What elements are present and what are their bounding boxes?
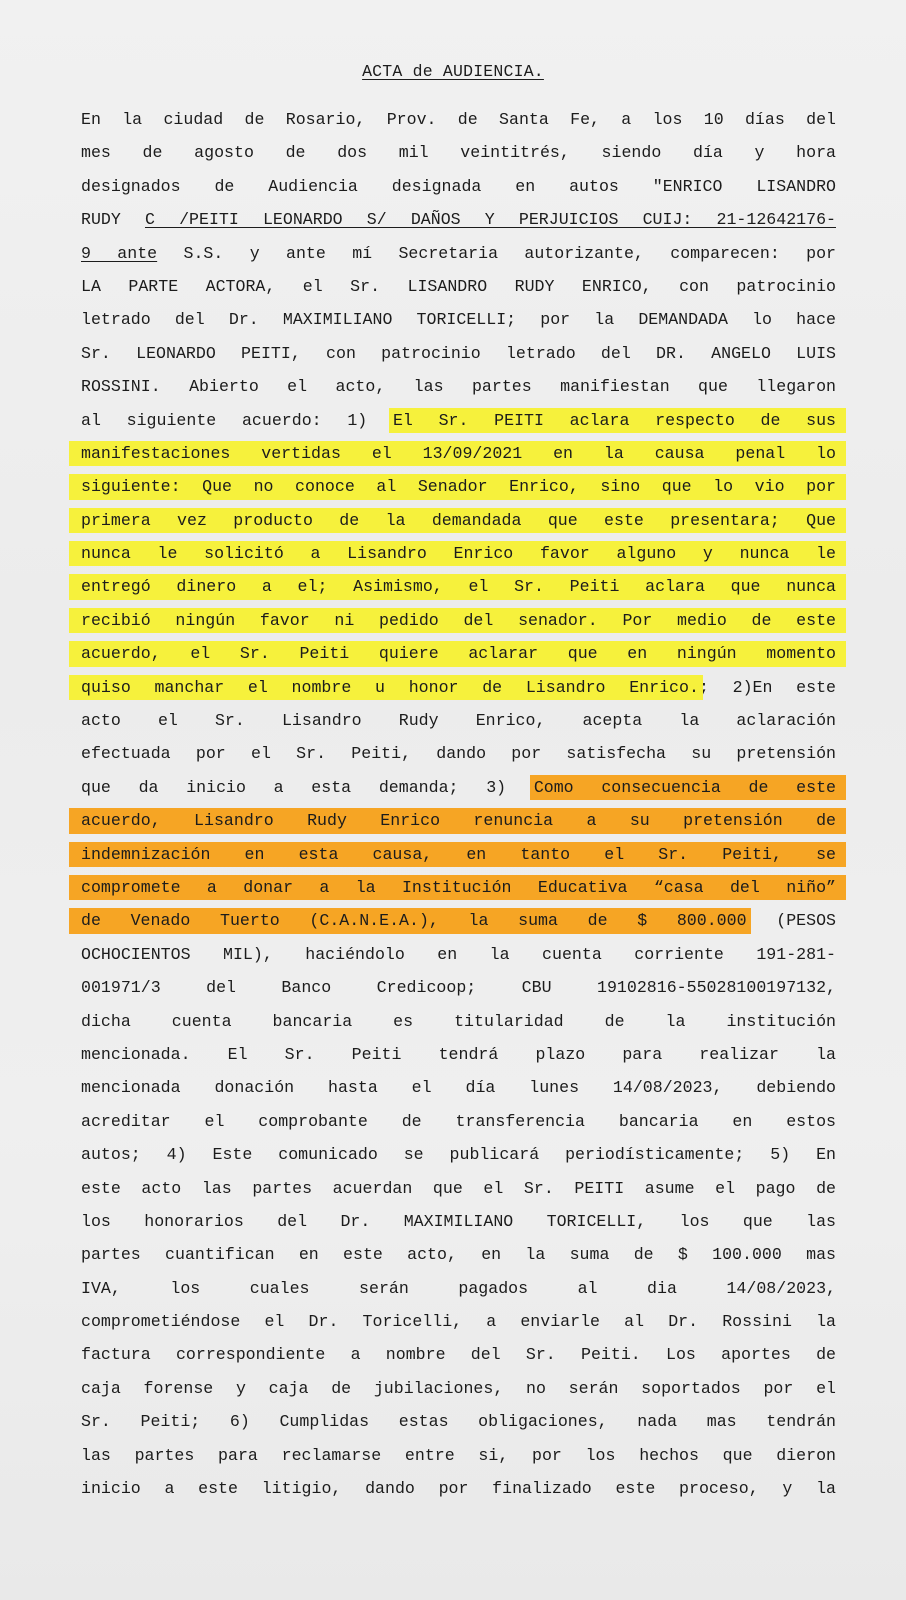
document-line: IVA, los cuales serán pagados al dia 14/… [81, 1272, 836, 1305]
line-text: ROSSINI. Abierto el acto, las partes man… [81, 377, 836, 396]
yellow-highlighted-text: acuerdo, el Sr. Peiti quiere aclarar que… [81, 644, 836, 663]
document-line: Sr. Peiti; 6) Cumplidas estas obligacion… [81, 1405, 836, 1438]
orange-highlighted-text: indemnización en esta causa, en tanto el… [81, 845, 836, 864]
line-text: comprometiéndose el Dr. Toricelli, a env… [81, 1312, 836, 1331]
yellow-highlighted-text: entregó dinero a el; Asimismo, el Sr. Pe… [81, 577, 836, 596]
orange-highlighted-text: de Venado Tuerto (C.A.N.E.A.), la suma d… [81, 911, 747, 930]
document-line: 9 ante S.S. y ante mí Secretaria autoriz… [81, 237, 836, 270]
line-text: efectuada por el Sr. Peiti, dando por sa… [81, 744, 836, 763]
line-text: mencionada. El Sr. Peiti tendrá plazo pa… [81, 1045, 836, 1064]
yellow-highlighted-text: quiso manchar el nombre u honor de Lisan… [81, 678, 699, 697]
document-line: Sr. LEONARDO PEITI, con patrocinio letra… [81, 337, 836, 370]
line-text: Sr. LEONARDO PEITI, con patrocinio letra… [81, 344, 836, 363]
document-line: indemnización en esta causa, en tanto el… [81, 838, 836, 871]
line-text: mencionada donación hasta el día lunes 1… [81, 1078, 836, 1097]
case-reference: C /PEITI LEONARDO S/ DAÑOS Y PERJUICIOS … [145, 210, 836, 229]
line-text: IVA, los cuales serán pagados al dia 14/… [81, 1279, 836, 1298]
document-line: factura correspondiente a nombre del Sr.… [81, 1338, 836, 1371]
document-line: entregó dinero a el; Asimismo, el Sr. Pe… [81, 570, 836, 603]
document-line: partes cuantifican en este acto, en la s… [81, 1238, 836, 1271]
document-line: quiso manchar el nombre u honor de Lisan… [81, 671, 836, 704]
line-text: dicha cuenta bancaria es titularidad de … [81, 1012, 836, 1031]
line-text: inicio a este litigio, dando por finaliz… [81, 1479, 836, 1498]
case-reference: 9 ante [81, 244, 157, 263]
orange-highlighted-text: compromete a donar a la Institución Educ… [81, 878, 836, 897]
document-line: siguiente: Que no conoce al Senador Enri… [81, 470, 836, 503]
line-text: OCHOCIENTOS MIL), haciéndolo en la cuent… [81, 945, 836, 964]
yellow-highlighted-text: recibió ningún favor ni pedido del senad… [81, 611, 836, 630]
document-line: En la ciudad de Rosario, Prov. de Santa … [81, 103, 836, 136]
yellow-highlighted-text: nunca le solicitó a Lisandro Enrico favo… [81, 544, 836, 563]
line-text: letrado del Dr. MAXIMILIANO TORICELLI; p… [81, 310, 836, 329]
document-line: que da inicio a esta demanda; 3) Como co… [81, 771, 836, 804]
line-text: partes cuantifican en este acto, en la s… [81, 1245, 836, 1264]
line-text: 001971/3 del Banco Credicoop; CBU 191028… [81, 978, 836, 997]
line-text: al siguiente acuerdo: 1) [81, 411, 393, 430]
document-line: nunca le solicitó a Lisandro Enrico favo… [81, 537, 836, 570]
document-line: designados de Audiencia designada en aut… [81, 170, 836, 203]
document-line: letrado del Dr. MAXIMILIANO TORICELLI; p… [81, 303, 836, 336]
line-text: RUDY [81, 210, 145, 229]
line-text: factura correspondiente a nombre del Sr.… [81, 1345, 836, 1364]
line-text: mes de agosto de dos mil veintitrés, sie… [81, 143, 836, 162]
document-line: comprometiéndose el Dr. Toricelli, a env… [81, 1305, 836, 1338]
document-line: acto el Sr. Lisandro Rudy Enrico, acepta… [81, 704, 836, 737]
line-text: las partes para reclamarse entre si, por… [81, 1446, 836, 1465]
document-line: LA PARTE ACTORA, el Sr. LISANDRO RUDY EN… [81, 270, 836, 303]
line-text: (PESOS [747, 911, 836, 930]
document-line: acreditar el comprobante de transferenci… [81, 1105, 836, 1138]
line-text: acto el Sr. Lisandro Rudy Enrico, acepta… [81, 711, 836, 730]
document-line: primera vez producto de la demandada que… [81, 504, 836, 537]
yellow-highlighted-text: El Sr. PEITI aclara respecto de sus [393, 411, 836, 430]
document-line: los honorarios del Dr. MAXIMILIANO TORIC… [81, 1205, 836, 1238]
document-line: acuerdo, Lisandro Rudy Enrico renuncia a… [81, 804, 836, 837]
document-line: acuerdo, el Sr. Peiti quiere aclarar que… [81, 637, 836, 670]
document-line: de Venado Tuerto (C.A.N.E.A.), la suma d… [81, 904, 836, 937]
document-line: las partes para reclamarse entre si, por… [81, 1439, 836, 1472]
document-line: caja forense y caja de jubilaciones, no … [81, 1372, 836, 1405]
document-line: compromete a donar a la Institución Educ… [81, 871, 836, 904]
line-text: autos; 4) Este comunicado se publicará p… [81, 1145, 836, 1164]
document-line: autos; 4) Este comunicado se publicará p… [81, 1138, 836, 1171]
line-text: LA PARTE ACTORA, el Sr. LISANDRO RUDY EN… [81, 277, 836, 296]
yellow-highlighted-text: manifestaciones vertidas el 13/09/2021 e… [81, 444, 836, 463]
document-line: OCHOCIENTOS MIL), haciéndolo en la cuent… [81, 938, 836, 971]
line-text: que da inicio a esta demanda; 3) [81, 778, 534, 797]
document-title: ACTA de AUDIENCIA. [0, 62, 906, 81]
document-line: mes de agosto de dos mil veintitrés, sie… [81, 136, 836, 169]
document-line: este acto las partes acuerdan que el Sr.… [81, 1172, 836, 1205]
line-text: S.S. y ante mí Secretaria autorizante, c… [157, 244, 836, 263]
document-line: mencionada donación hasta el día lunes 1… [81, 1071, 836, 1104]
document-line: manifestaciones vertidas el 13/09/2021 e… [81, 437, 836, 470]
document-line: efectuada por el Sr. Peiti, dando por sa… [81, 737, 836, 770]
line-text: los honorarios del Dr. MAXIMILIANO TORIC… [81, 1212, 836, 1231]
orange-highlighted-text: Como consecuencia de este [534, 778, 836, 797]
line-text: acreditar el comprobante de transferenci… [81, 1112, 836, 1131]
document-line: 001971/3 del Banco Credicoop; CBU 191028… [81, 971, 836, 1004]
document-line: RUDY C /PEITI LEONARDO S/ DAÑOS Y PERJUI… [81, 203, 836, 236]
document-line: dicha cuenta bancaria es titularidad de … [81, 1005, 836, 1038]
document-line: al siguiente acuerdo: 1) El Sr. PEITI ac… [81, 404, 836, 437]
document-line: inicio a este litigio, dando por finaliz… [81, 1472, 836, 1505]
document-body: En la ciudad de Rosario, Prov. de Santa … [81, 103, 836, 1505]
document-line: ROSSINI. Abierto el acto, las partes man… [81, 370, 836, 403]
line-text: caja forense y caja de jubilaciones, no … [81, 1379, 836, 1398]
line-text: En la ciudad de Rosario, Prov. de Santa … [81, 110, 836, 129]
line-text: ; 2)En este [699, 678, 836, 697]
orange-highlighted-text: acuerdo, Lisandro Rudy Enrico renuncia a… [81, 811, 836, 830]
line-text: este acto las partes acuerdan que el Sr.… [81, 1179, 836, 1198]
document-page: ACTA de AUDIENCIA. En la ciudad de Rosar… [0, 0, 906, 1600]
yellow-highlighted-text: primera vez producto de la demandada que… [81, 511, 836, 530]
line-text: designados de Audiencia designada en aut… [81, 177, 836, 196]
document-line: recibió ningún favor ni pedido del senad… [81, 604, 836, 637]
yellow-highlighted-text: siguiente: Que no conoce al Senador Enri… [81, 477, 836, 496]
line-text: Sr. Peiti; 6) Cumplidas estas obligacion… [81, 1412, 836, 1431]
document-line: mencionada. El Sr. Peiti tendrá plazo pa… [81, 1038, 836, 1071]
